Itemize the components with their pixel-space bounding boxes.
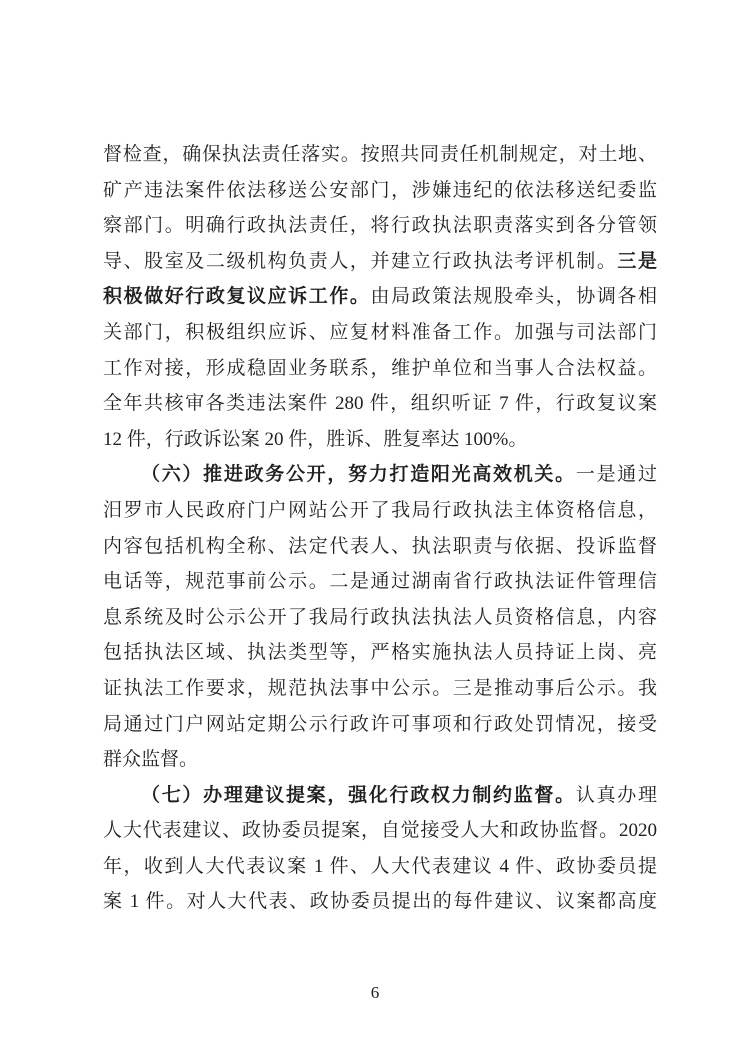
text-line: 局通过门户网站定期公示行政许可事项和行政处罚情况，接受 [103,707,657,743]
text-line: 汨罗市人民政府门户网站公开了我局行政执法主体资格信息， [103,493,657,529]
text-line: 察部门。明确行政执法责任，将行政执法职责落实到各分管领 [103,208,657,244]
text-run: 案 1 件。对人大代表、政协委员提出的每件建议、议案都高度 [103,891,657,912]
text-run: 督检查，确保执法责任落实。按照共同责任机制规定，对土地、 [103,144,657,165]
text-line: 积极做好行政复议应诉工作。由局政策法规股牵头，协调各相 [103,279,657,315]
text-run: 电话等，规范事前公示。二是通过湖南省行政执法证件管理信 [103,571,657,592]
text-run: 察部门。明确行政执法责任，将行政执法职责落实到各分管领 [103,215,657,236]
text-line: 12 件，行政诉讼案 20 件，胜诉、胜复率达 100%。 [103,422,657,458]
text-line: 工作对接，形成稳固业务联系，维护单位和当事人合法权益。 [103,351,657,387]
text-run: 导、股室及二级机构负责人，并建立行政执法考评机制。 [103,251,617,272]
section-heading-run: （七）办理建议提案，强化行政权力制约监督。 [141,785,576,806]
text-run: 群众监督。 [103,749,198,770]
text-line: 电话等，规范事前公示。二是通过湖南省行政执法证件管理信 [103,564,657,600]
text-line: 人大代表建议、政协委员提案，自觉接受人大和政协监督。2020 [103,813,657,849]
text-run: 12 件，行政诉讼案 20 件，胜诉、胜复率达 100%。 [103,429,527,450]
text-run: 息系统及时公示公开了我局行政执法执法人员资格信息，内容 [103,607,657,628]
text-line: 全年共核审各类违法案件 280 件，组织听证 7 件，行政复议案 [103,386,657,422]
text-run: 人大代表建议、政协委员提案，自觉接受人大和政协监督。2020 [103,820,657,841]
text-run: 包括执法区域、执法类型等，严格实施执法人员持证上岗、亮 [103,642,657,663]
text-line: 息系统及时公示公开了我局行政执法执法人员资格信息，内容 [103,600,657,636]
text-run: 证执法工作要求，规范执法事中公示。三是推动事后公示。我 [103,678,657,699]
text-line: 证执法工作要求，规范执法事中公示。三是推动事后公示。我 [103,671,657,707]
text-run: 局通过门户网站定期公示行政许可事项和行政处罚情况，接受 [103,714,657,735]
section-heading-line-6: （六）推进政务公开，努力打造阳光高效机关。一是通过 [103,457,657,493]
section-heading-line-7: （七）办理建议提案，强化行政权力制约监督。认真办理 [103,778,657,814]
text-line: 包括执法区域、执法类型等，严格实施执法人员持证上岗、亮 [103,635,657,671]
text-line: 矿产违法案件依法移送公安部门，涉嫌违纪的依法移送纪委监 [103,173,657,209]
text-run: 全年共核审各类违法案件 280 件，组织听证 7 件，行政复议案 [103,393,657,414]
text-run: 矿产违法案件依法移送公安部门，涉嫌违纪的依法移送纪委监 [103,180,657,201]
bold-text-run: 三是 [617,251,657,272]
text-line: 导、股室及二级机构负责人，并建立行政执法考评机制。三是 [103,244,657,280]
text-run: 内容包括机构全称、法定代表人、执法职责与依据、投诉监督 [103,536,657,557]
text-run: 一是通过 [576,464,657,485]
text-line: 案 1 件。对人大代表、政协委员提出的每件建议、议案都高度 [103,884,657,920]
page-number: 6 [0,983,750,1003]
text-run: 认真办理 [576,785,657,806]
section-heading-run: （六）推进政务公开，努力打造阳光高效机关。 [141,464,576,485]
text-line: 关部门，积极组织应诉、应复材料准备工作。加强与司法部门 [103,315,657,351]
document-page: 督检查，确保执法责任落实。按照共同责任机制规定，对土地、 矿产违法案件依法移送公… [0,0,750,1060]
text-run: 年，收到人大代表议案 1 件、人大代表建议 4 件、政协委员提 [103,856,657,877]
bold-text-run: 积极做好行政复议应诉工作。 [103,286,371,307]
text-run: 关部门，积极组织应诉、应复材料准备工作。加强与司法部门 [103,322,657,343]
text-run: 工作对接，形成稳固业务联系，维护单位和当事人合法权益。 [103,358,657,379]
document-body: 督检查，确保执法责任落实。按照共同责任机制规定，对土地、 矿产违法案件依法移送公… [103,137,657,920]
text-line: 内容包括机构全称、法定代表人、执法职责与依据、投诉监督 [103,529,657,565]
text-line: 群众监督。 [103,742,657,778]
text-run: 汨罗市人民政府门户网站公开了我局行政执法主体资格信息， [103,500,657,521]
text-run: 由局政策法规股牵头，协调各相 [371,286,658,307]
text-line: 督检查，确保执法责任落实。按照共同责任机制规定，对土地、 [103,137,657,173]
text-line: 年，收到人大代表议案 1 件、人大代表建议 4 件、政协委员提 [103,849,657,885]
